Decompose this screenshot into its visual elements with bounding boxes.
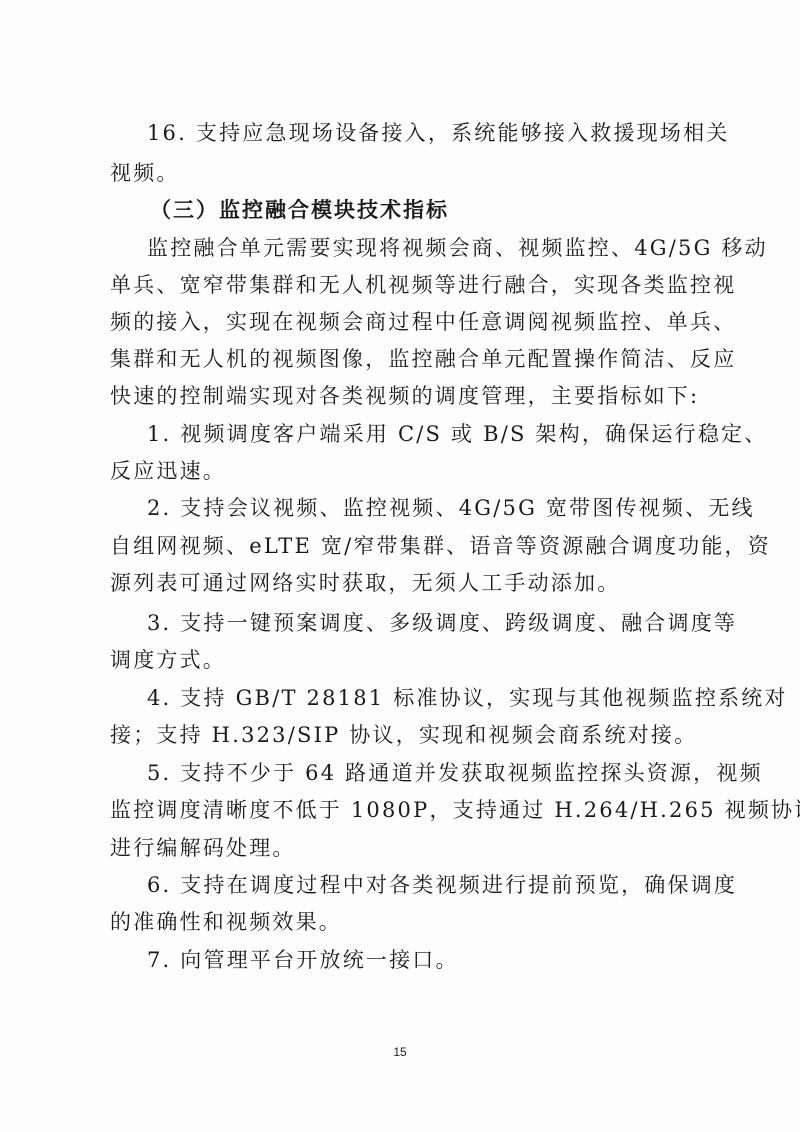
text-line: 单兵、宽窄带集群和无人机视频等进行融合，实现各类监控视: [110, 271, 736, 299]
text-line: 监控融合单元需要实现将视频会商、视频监控、4G/5G 移动: [147, 234, 768, 262]
text-line: 监控调度清晰度不低于 1080P，支持通过 H.264/H.265 视频协议: [110, 796, 800, 824]
text-line: 源列表可通过网络实时获取，无须人工手动添加。: [110, 569, 620, 597]
text-line: 的准确性和视频效果。: [110, 908, 342, 936]
text-line: 进行编解码处理。: [110, 834, 296, 862]
document-page: 16. 支持应急现场设备接入，系统能够接入救援现场相关视频。（三）监控融合模块技…: [0, 0, 800, 1132]
text-line: 反应迅速。: [110, 457, 226, 485]
text-line: 5. 支持不少于 64 路通道并发获取视频监控探头资源，视频: [147, 759, 763, 787]
text-line: 调度方式。: [110, 646, 226, 674]
text-line: 6. 支持在调度过程中对各类视频进行提前预览，确保调度: [147, 871, 737, 899]
text-line: 1. 视频调度客户端采用 C/S 或 B/S 架构，确保运行稳定、: [147, 420, 767, 448]
text-line: 快速的控制端实现对各类视频的调度管理，主要指标如下:: [110, 382, 699, 410]
page-number: 15: [0, 1045, 800, 1059]
text-line: 4. 支持 GB/T 28181 标准协议，实现与其他视频监控系统对: [147, 684, 788, 712]
text-line: 视频。: [110, 159, 180, 187]
text-line: 16. 支持应急现场设备接入，系统能够接入救援现场相关: [147, 119, 729, 147]
text-line: 3. 支持一键预案调度、多级调度、跨级调度、融合调度等: [147, 609, 737, 637]
text-line: 集群和无人机的视频图像，监控融合单元配置操作简洁、反应: [110, 345, 736, 373]
text-line: 频的接入，实现在视频会商过程中任意调阅视频监控、单兵、: [110, 308, 736, 336]
text-line: 7. 向管理平台开放统一接口。: [147, 946, 459, 974]
text-line: 接；支持 H.323/SIP 协议，实现和视频会商系统对接。: [110, 721, 697, 749]
text-line: 2. 支持会议视频、监控视频、4G/5G 宽带图传视频、无线: [147, 494, 755, 522]
section-heading: （三）监控融合模块技术指标: [150, 196, 449, 224]
text-line: 自组网视频、eLTE 宽/窄带集群、语音等资源融合调度功能，资: [110, 532, 771, 560]
